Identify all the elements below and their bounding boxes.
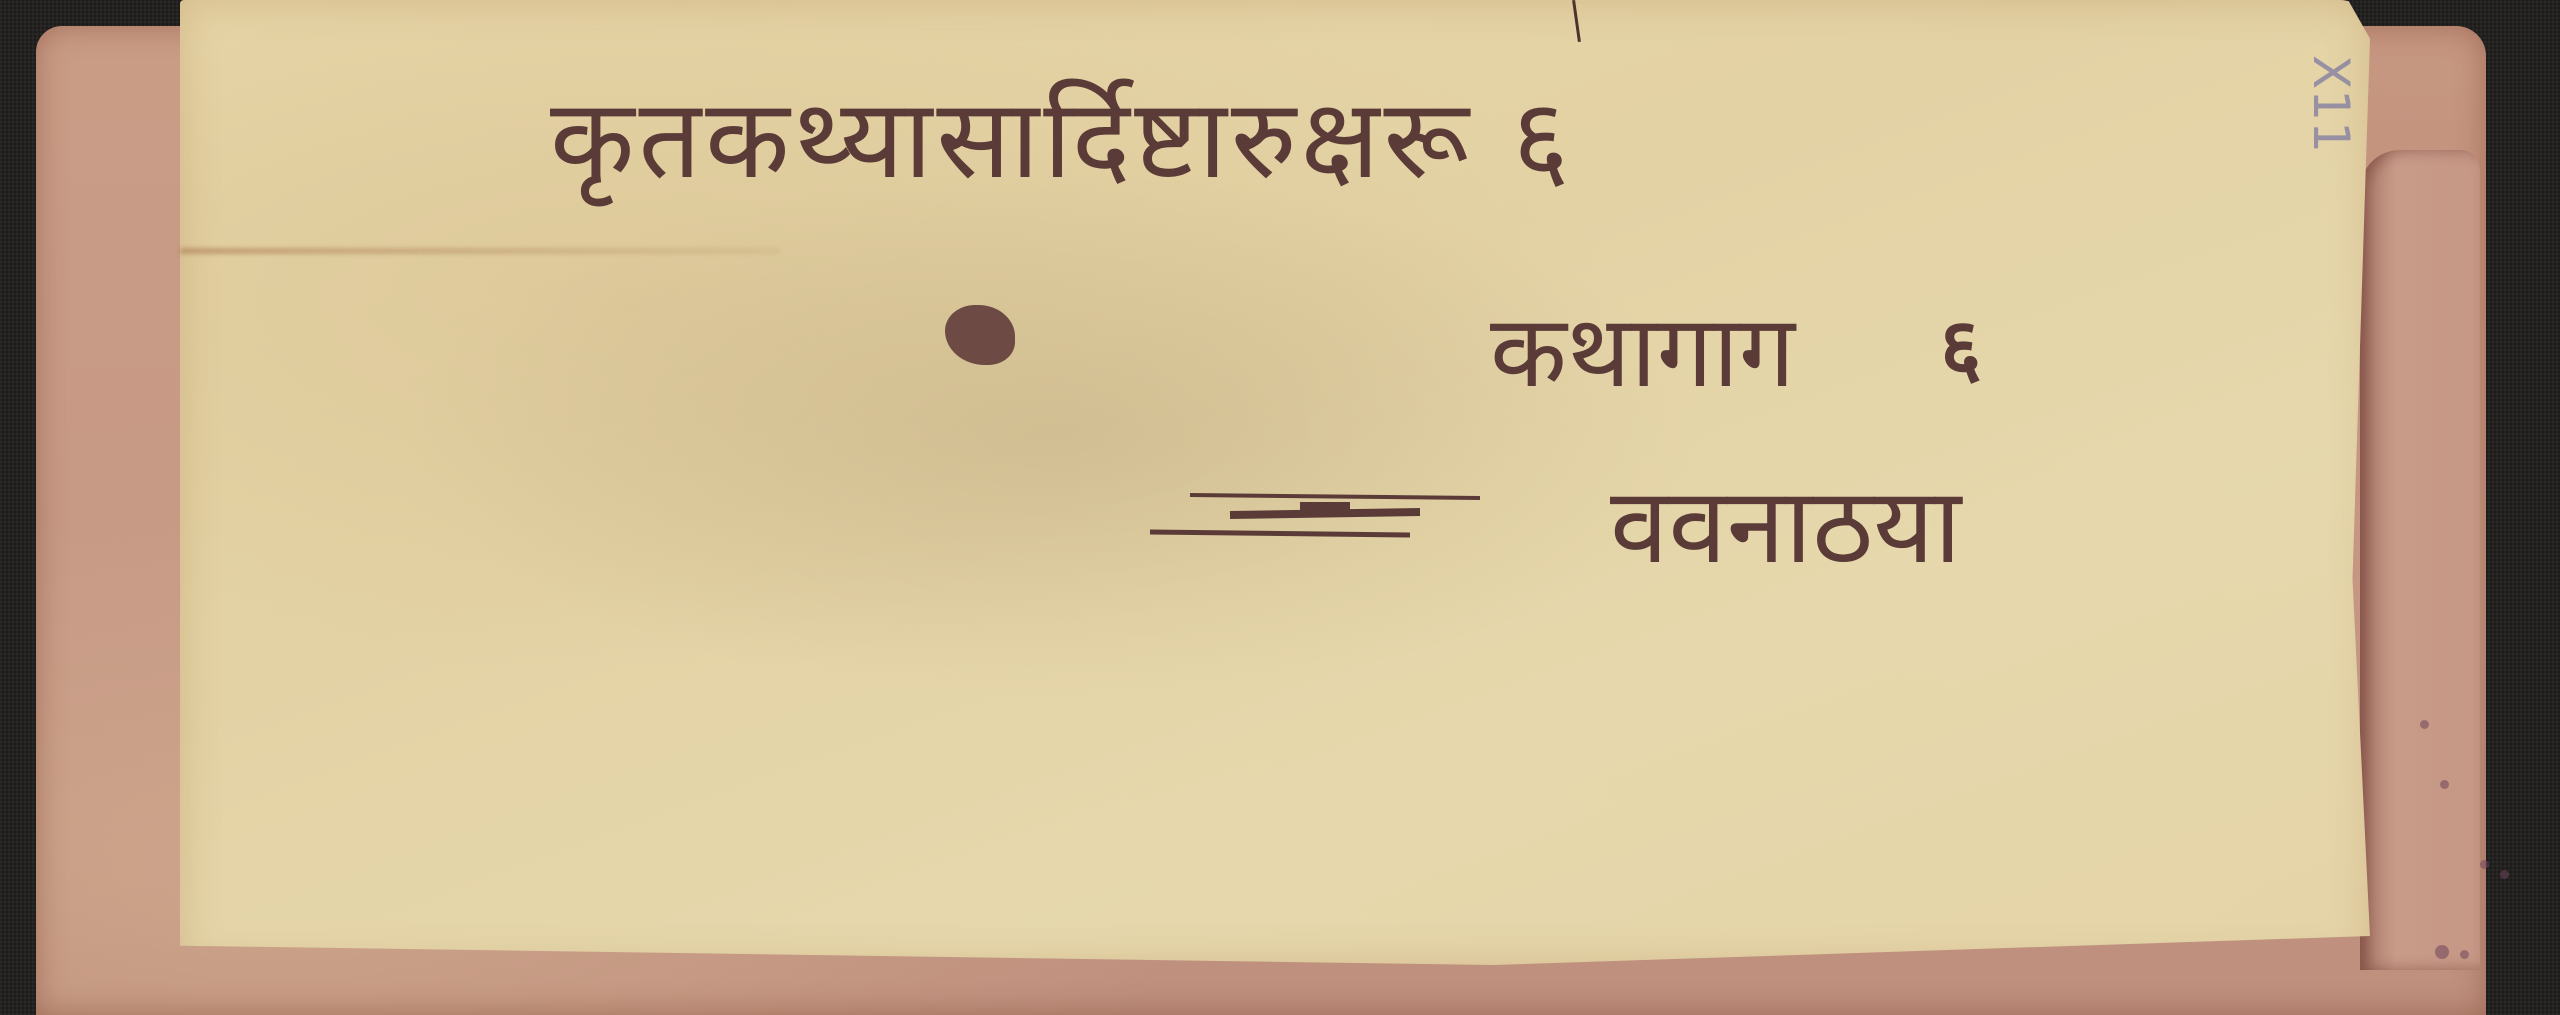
board-right-edge: [2360, 150, 2480, 970]
title-line-2: कथागाग: [1490, 280, 1795, 416]
title-line-2-number: ६: [1940, 290, 1982, 399]
title-line-1: कृतकथ्यासार्दिष्टारुक्षरू ६: [550, 60, 1573, 210]
pencil-catalog-mark: X11: [2302, 55, 2360, 153]
ink-scribble-strokes: [1150, 490, 1540, 550]
title-line-3: ववनाठया: [1610, 450, 1961, 593]
fold-crease: [180, 248, 780, 254]
